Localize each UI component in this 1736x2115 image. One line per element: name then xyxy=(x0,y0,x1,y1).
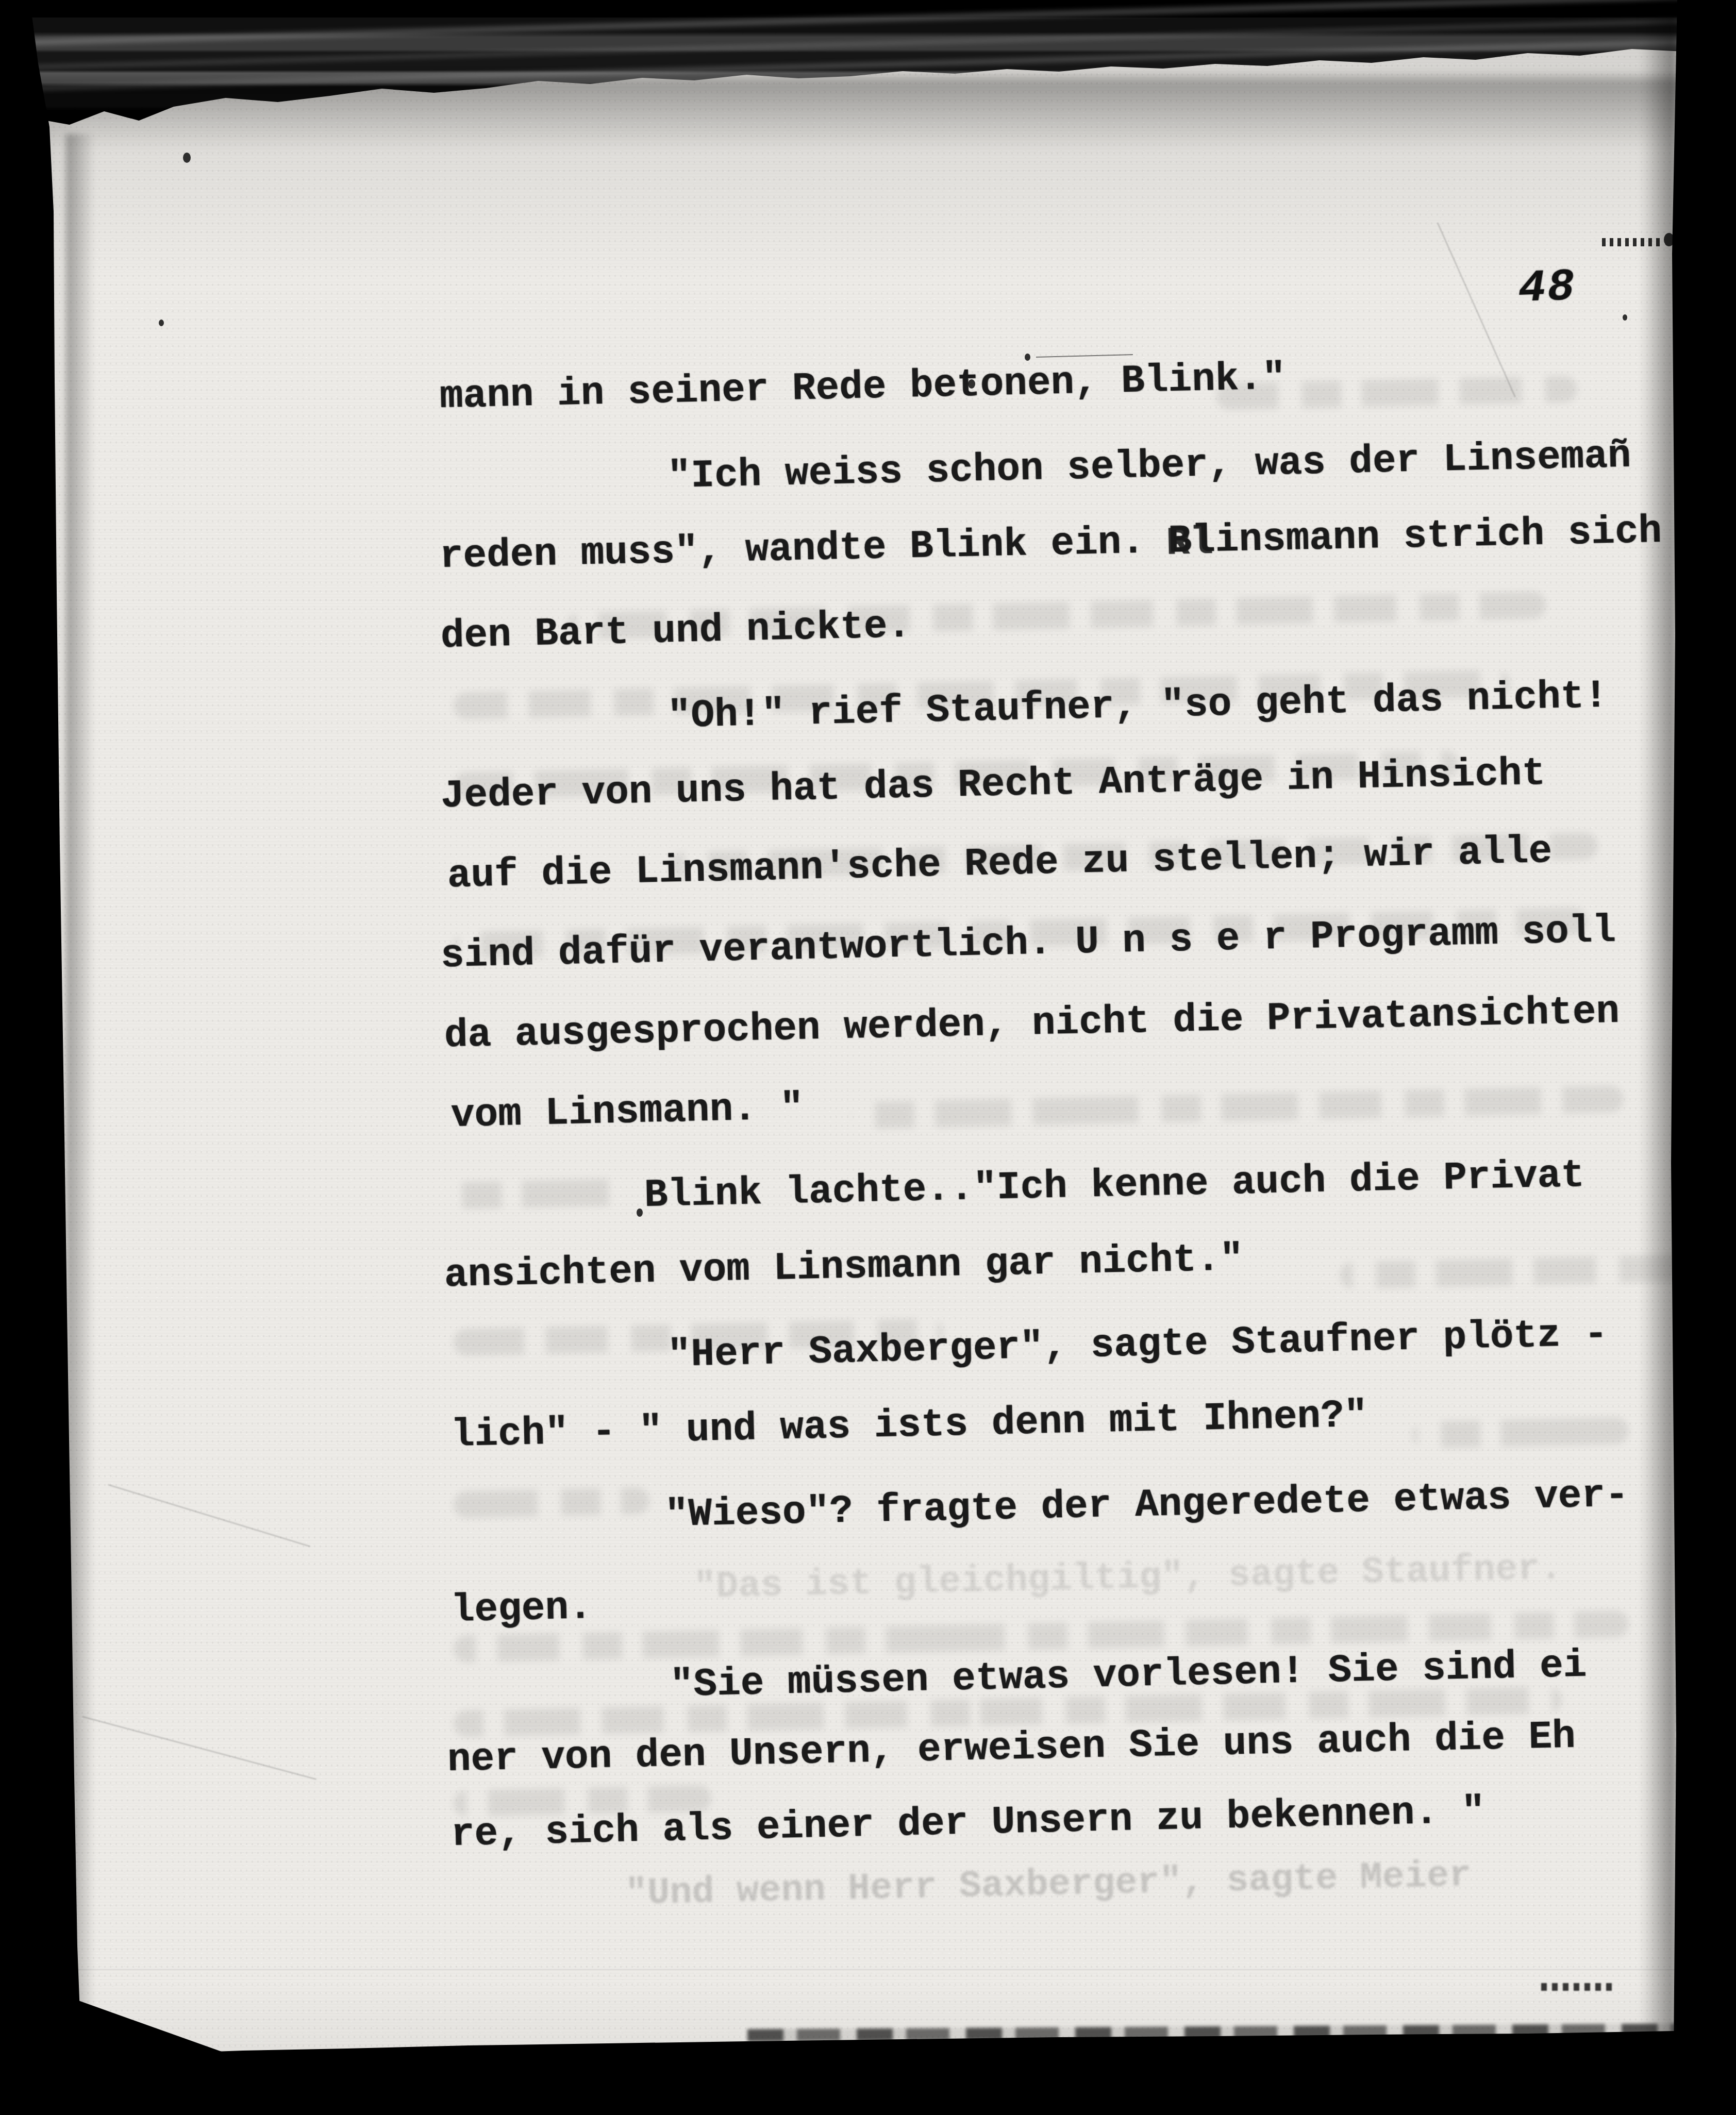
ghost-smudge-line xyxy=(453,1179,624,1209)
ink-speck xyxy=(159,320,164,326)
page-number: 48 xyxy=(1517,265,1577,312)
scan-border-right-shadow xyxy=(1640,0,1676,2115)
scanned-manuscript-page: "Das ist gleichgiltig", sagte Staufner."… xyxy=(0,0,1736,2115)
ink-speck xyxy=(1623,314,1627,321)
book-edge-shadow xyxy=(0,77,1736,149)
typed-line: legen. xyxy=(450,1583,593,1635)
book-edge-streak xyxy=(0,0,1736,46)
scan-border-left-shadow xyxy=(66,134,95,2038)
overstruck-characters: RlBl xyxy=(1168,516,1216,566)
ink-speck xyxy=(637,1208,643,1217)
scan-line-artifact xyxy=(0,1968,1736,1970)
scan-border-right xyxy=(1670,0,1736,2115)
ghost-smudge-line xyxy=(1412,1417,1629,1449)
ghost-smudge-line xyxy=(453,1487,649,1518)
ink-speck xyxy=(183,153,191,163)
typed-line: vom Linsmann. " xyxy=(450,1083,804,1140)
ink-speck xyxy=(968,379,975,389)
ink-speck xyxy=(1025,354,1030,361)
speck-cluster-mark xyxy=(1541,1983,1616,1991)
typed-line: den Bart und nickte. xyxy=(440,601,911,661)
